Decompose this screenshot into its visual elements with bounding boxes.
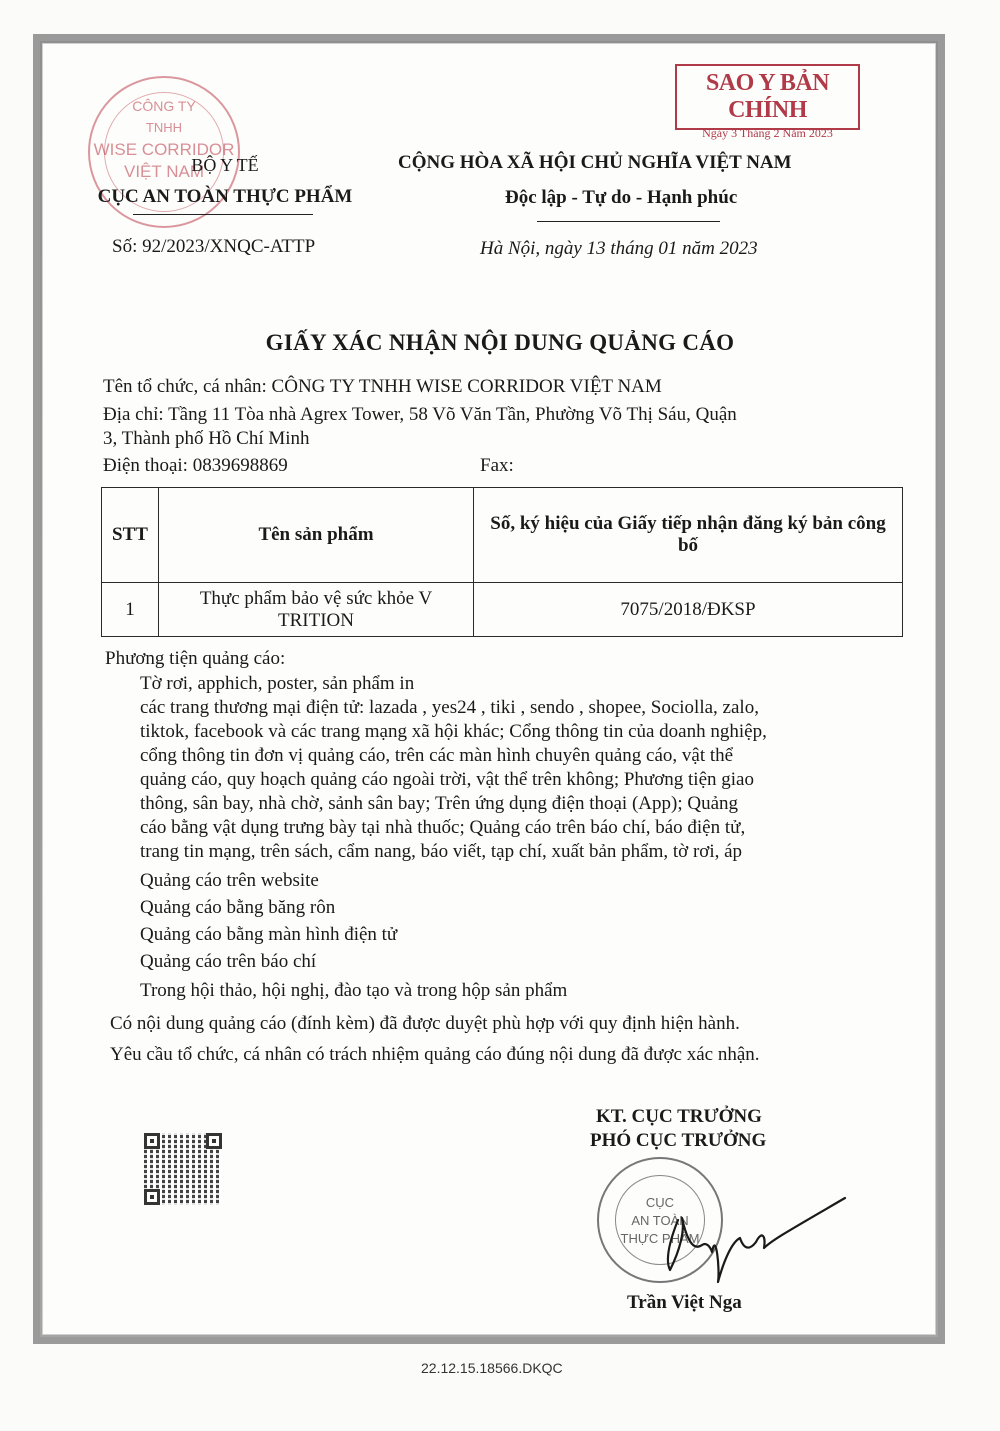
organization-line: Tên tổ chức, cá nhân: CÔNG TY TNHH WISE … (103, 376, 662, 398)
media-line: tiktok, facebook và các trang mạng xã hộ… (140, 721, 767, 743)
signer-name: Trần Việt Nga (627, 1292, 742, 1314)
media-item-screen: Quảng cáo bằng màn hình điện tử (140, 924, 397, 946)
header-stt: STT (102, 488, 159, 583)
media-line: quảng cáo, quy hoạch quảng cáo ngoài trờ… (140, 769, 754, 791)
document-tracking-code: 22.12.15.18566.DKQC (421, 1360, 563, 1376)
cell-registration-number: 7075/2018/ĐKSP (474, 583, 903, 637)
signer-title-1: KT. CỤC TRƯỞNG (596, 1106, 762, 1128)
approval-statement: Có nội dung quảng cáo (đính kèm) đã được… (110, 1013, 740, 1035)
national-motto: Độc lập - Tự do - Hạnh phúc (505, 187, 737, 209)
national-title: CỘNG HÒA XÃ HỘI CHỦ NGHĨA VIỆT NAM (398, 152, 792, 174)
handwritten-signature (640, 1190, 850, 1290)
certified-copy-stamp: SAO Y BẢN CHÍNH Ngày 3 Tháng 2 Năm 2023 (675, 64, 860, 130)
qr-code (144, 1133, 222, 1205)
motto-underline (537, 221, 720, 222)
qr-finder (144, 1189, 160, 1205)
seal-text-2: TNHH (90, 120, 238, 135)
agency-name: CỤC AN TOÀN THỰC PHẨM (80, 186, 370, 208)
document-title: GIẤY XÁC NHẬN NỘI DUNG QUẢNG CÁO (0, 330, 1000, 356)
agency-underline (133, 214, 313, 215)
media-line: trang tin mạng, trên sách, cẩm nang, báo… (140, 841, 742, 863)
place-date: Hà Nội, ngày 13 tháng 01 năm 2023 (480, 238, 758, 260)
requirement-statement: Yêu cầu tổ chức, cá nhân có trách nhiệm … (110, 1044, 760, 1066)
qr-finder (144, 1133, 160, 1149)
fax-line: Fax: (480, 455, 514, 477)
cell-stt: 1 (102, 583, 159, 637)
table-header-row: STT Tên sản phẩm Số, ký hiệu của Giấy ti… (102, 488, 903, 583)
copy-stamp-title: SAO Y BẢN CHÍNH (677, 70, 858, 124)
ministry-name: BỘ Y TẾ (120, 155, 330, 176)
phone-line: Điện thoại: 0839698869 (103, 455, 288, 477)
media-label: Phương tiện quảng cáo: (105, 648, 285, 670)
header-product-name: Tên sản phẩm (159, 488, 474, 583)
seal-text-1: CÔNG TY (90, 98, 238, 114)
address-line-1: Địa chỉ: Tầng 11 Tòa nhà Agrex Tower, 58… (103, 404, 737, 426)
media-line: thông, sân bay, nhà chờ, sảnh sân bay; T… (140, 793, 738, 815)
media-item-banner: Quảng cáo bằng băng rôn (140, 897, 335, 919)
media-line: cáo bằng vật dụng trưng bày tại nhà thuố… (140, 817, 745, 839)
signer-title-2: PHÓ CỤC TRƯỞNG (590, 1130, 766, 1152)
media-line: các trang thương mại điện tử: lazada , y… (140, 697, 759, 719)
cell-product-name: Thực phẩm bảo vệ sức khỏe V TRITION (159, 583, 474, 637)
media-item-print: Tờ rơi, apphich, poster, sản phẩm in (140, 673, 414, 695)
media-item-events: Trong hội thảo, hội nghị, đào tạo và tro… (140, 980, 567, 1002)
table-row: 1 Thực phẩm bảo vệ sức khỏe V TRITION 70… (102, 583, 903, 637)
product-table: STT Tên sản phẩm Số, ký hiệu của Giấy ti… (101, 487, 903, 637)
address-line-2: 3, Thành phố Hồ Chí Minh (103, 428, 310, 450)
qr-finder (206, 1133, 222, 1149)
media-line: cổng thông tin đơn vị quảng cáo, trên cá… (140, 745, 733, 767)
header-registration-number: Số, ký hiệu của Giấy tiếp nhận đăng ký b… (474, 488, 903, 583)
document-number: Số: 92/2023/XNQC-ATTP (112, 236, 315, 258)
copy-stamp-date: Ngày 3 Tháng 2 Năm 2023 (677, 126, 858, 141)
media-item-website: Quảng cáo trên website (140, 870, 319, 892)
media-item-press: Quảng cáo trên báo chí (140, 951, 316, 973)
